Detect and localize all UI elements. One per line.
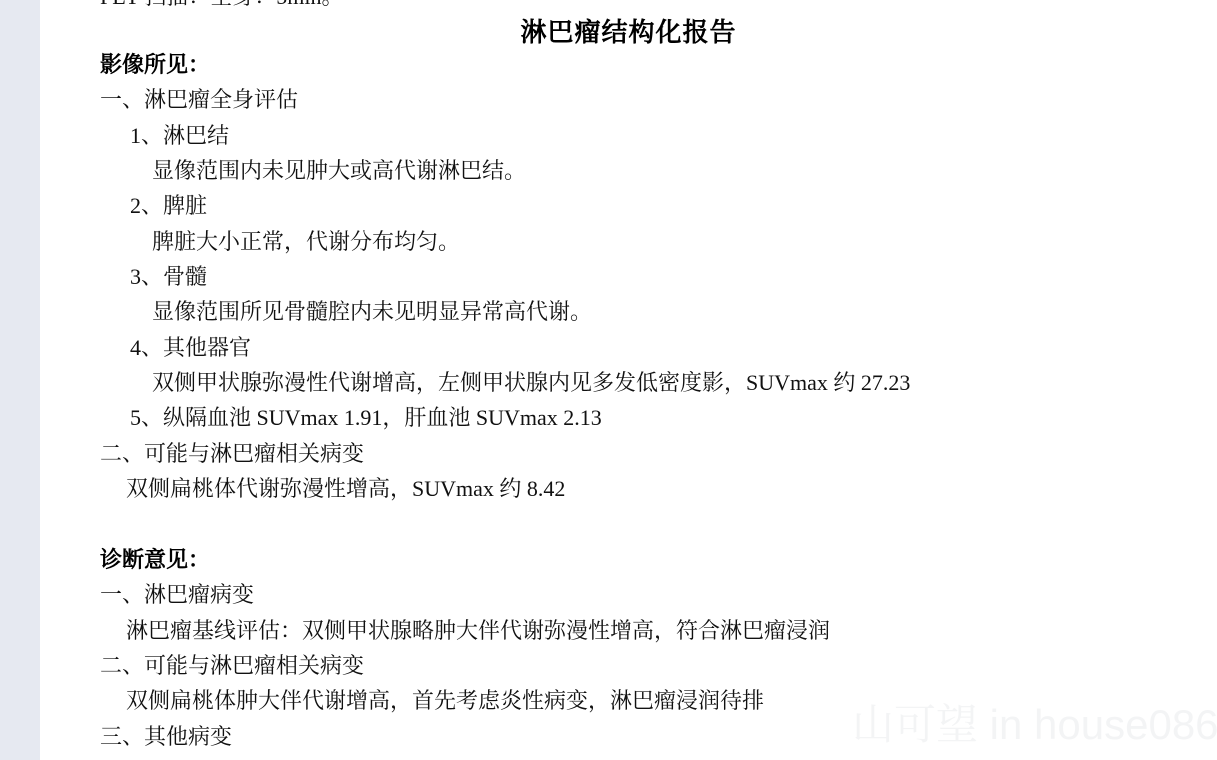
report-body: 影像所见： 一、淋巴瘤全身评估 1、淋巴结 显像范围内未见肿大或高代谢淋巴结。 … [40,47,1217,754]
section-heading-diagnosis: 诊断意见： [40,542,1217,577]
report-line: 显像范围所见骨髓腔内未见明显异常高代谢。 [40,294,1217,329]
document-viewer: PET 扫描：全身：5min。 淋巴瘤结构化报告 影像所见： 一、淋巴瘤全身评估… [0,0,1217,760]
report-line: 三、其他病变 [40,719,1217,754]
report-line: 二、可能与淋巴瘤相关病变 [40,648,1217,683]
report-line: 2、脾脏 [40,188,1217,223]
report-header-partial-line: PET 扫描：全身：5min。 [100,0,343,10]
report-line: 淋巴瘤基线评估：双侧甲状腺略肿大伴代谢弥漫性增高，符合淋巴瘤浸润 [40,613,1217,648]
viewer-left-gutter [0,0,40,760]
report-line: 5、纵隔血池 SUVmax 1.91，肝血池 SUVmax 2.13 [40,400,1217,435]
report-line: 3、骨髓 [40,259,1217,294]
report-line: 二、可能与淋巴瘤相关病变 [40,436,1217,471]
report-line: 双侧甲状腺弥漫性代谢增高，左侧甲状腺内见多发低密度影，SUVmax 约 27.2… [40,365,1217,400]
report-line: 双侧扁桃体代谢弥漫性增高，SUVmax 约 8.42 [40,471,1217,506]
report-line: 1、淋巴结 [40,118,1217,153]
report-line: 脾脏大小正常，代谢分布均匀。 [40,224,1217,259]
report-page: PET 扫描：全身：5min。 淋巴瘤结构化报告 影像所见： 一、淋巴瘤全身评估… [40,0,1217,760]
report-line: 显像范围内未见肿大或高代谢淋巴结。 [40,153,1217,188]
report-line: 4、其他器官 [40,330,1217,365]
report-line: 双侧扁桃体肿大伴代谢增高，首先考虑炎性病变，淋巴瘤浸润待排 [40,683,1217,718]
section-heading-findings: 影像所见： [40,47,1217,82]
report-line: 一、淋巴瘤病变 [40,577,1217,612]
report-line: 一、淋巴瘤全身评估 [40,82,1217,117]
report-title: 淋巴瘤结构化报告 [40,12,1217,49]
blank-line-spacer [40,506,1217,541]
